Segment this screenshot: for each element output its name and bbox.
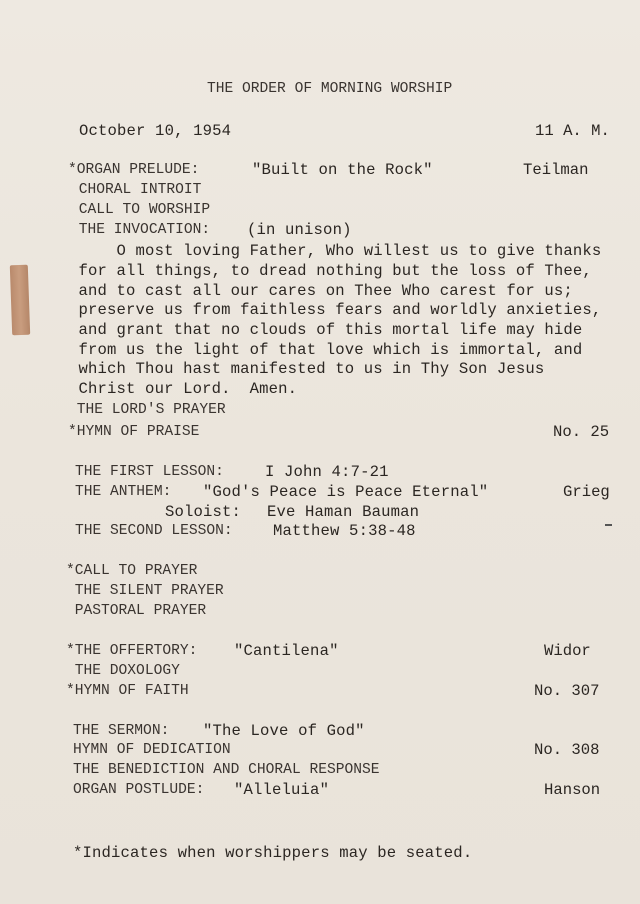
invocation-note: (in unison) bbox=[247, 220, 352, 240]
hymn-of-dedication-number: No. 308 bbox=[534, 740, 600, 760]
invocation-line: Christ our Lord. Amen. bbox=[69, 379, 297, 399]
hymn-of-praise-label: *HYMN OF PRAISE bbox=[68, 422, 199, 442]
first-lesson-reference: I John 4:7-21 bbox=[265, 462, 389, 482]
invocation-label: THE INVOCATION: bbox=[70, 220, 210, 240]
anthem-label: THE ANTHEM: bbox=[75, 482, 171, 502]
doxology: THE DOXOLOGY bbox=[66, 661, 180, 681]
invocation-line: from us the light of that love which is … bbox=[69, 340, 582, 360]
benediction: THE BENEDICTION AND CHORAL RESPONSE bbox=[73, 760, 380, 780]
organ-postlude-title: "Alleluia" bbox=[234, 780, 329, 800]
hymn-of-faith-number: No. 307 bbox=[534, 681, 600, 701]
first-lesson-label: THE FIRST LESSON: bbox=[75, 462, 224, 482]
service-date: October 10, 1954 bbox=[79, 121, 231, 141]
anthem-composer: Grieg bbox=[563, 482, 610, 502]
invocation-line: and grant that no clouds of this mortal … bbox=[69, 320, 582, 340]
lords-prayer: THE LORD'S PRAYER bbox=[68, 400, 226, 420]
organ-prelude-title: "Built on the Rock" bbox=[252, 160, 433, 180]
call-to-prayer: *CALL TO PRAYER bbox=[66, 561, 197, 581]
offertory-composer: Widor bbox=[544, 641, 591, 661]
second-lesson-label: THE SECOND LESSON: bbox=[75, 521, 233, 541]
tape-mark bbox=[10, 265, 30, 336]
silent-prayer: THE SILENT PRAYER bbox=[66, 581, 224, 601]
soloist-label: Soloist: bbox=[165, 502, 241, 522]
organ-prelude-label: *ORGAN PRELUDE: bbox=[68, 160, 199, 180]
second-lesson-reference: Matthew 5:38-48 bbox=[273, 521, 416, 541]
call-to-worship: CALL TO WORSHIP bbox=[70, 200, 210, 220]
sermon-title: "The Love of God" bbox=[203, 721, 365, 741]
offertory-title: "Cantilena" bbox=[234, 641, 339, 661]
invocation-line: O most loving Father, Who willest us to … bbox=[69, 241, 601, 261]
organ-prelude-composer: Teilman bbox=[523, 160, 589, 180]
organ-postlude-label: ORGAN POSTLUDE: bbox=[73, 780, 204, 800]
sermon-label: THE SERMON: bbox=[73, 721, 169, 741]
hymn-of-praise-number: No. 25 bbox=[553, 422, 609, 442]
pastoral-prayer: PASTORAL PRAYER bbox=[66, 601, 206, 621]
page-title: THE ORDER OF MORNING WORSHIP bbox=[207, 79, 452, 99]
soloist-name: Eve Haman Bauman bbox=[267, 502, 419, 522]
ink-mark bbox=[605, 524, 612, 526]
hymn-of-faith-label: *HYMN OF FAITH bbox=[66, 681, 189, 701]
footnote: *Indicates when worshippers may be seate… bbox=[73, 843, 472, 863]
invocation-line: preserve us from faithless fears and wor… bbox=[69, 300, 601, 320]
invocation-line: and to cast all our cares on Thee Who ca… bbox=[69, 281, 573, 301]
invocation-line: for all things, to dread nothing but the… bbox=[69, 261, 592, 281]
anthem-title: "God's Peace is Peace Eternal" bbox=[203, 482, 488, 502]
hymn-of-dedication-label: HYMN OF DEDICATION bbox=[73, 740, 231, 760]
offertory-label: *THE OFFERTORY: bbox=[66, 641, 197, 661]
service-time: 11 A. M. bbox=[535, 121, 610, 141]
bulletin-page: THE ORDER OF MORNING WORSHIP October 10,… bbox=[0, 0, 640, 904]
invocation-line: which Thou hast manifested to us in Thy … bbox=[69, 359, 544, 379]
organ-postlude-composer: Hanson bbox=[544, 780, 600, 800]
choral-introit: CHORAL INTROIT bbox=[70, 180, 201, 200]
